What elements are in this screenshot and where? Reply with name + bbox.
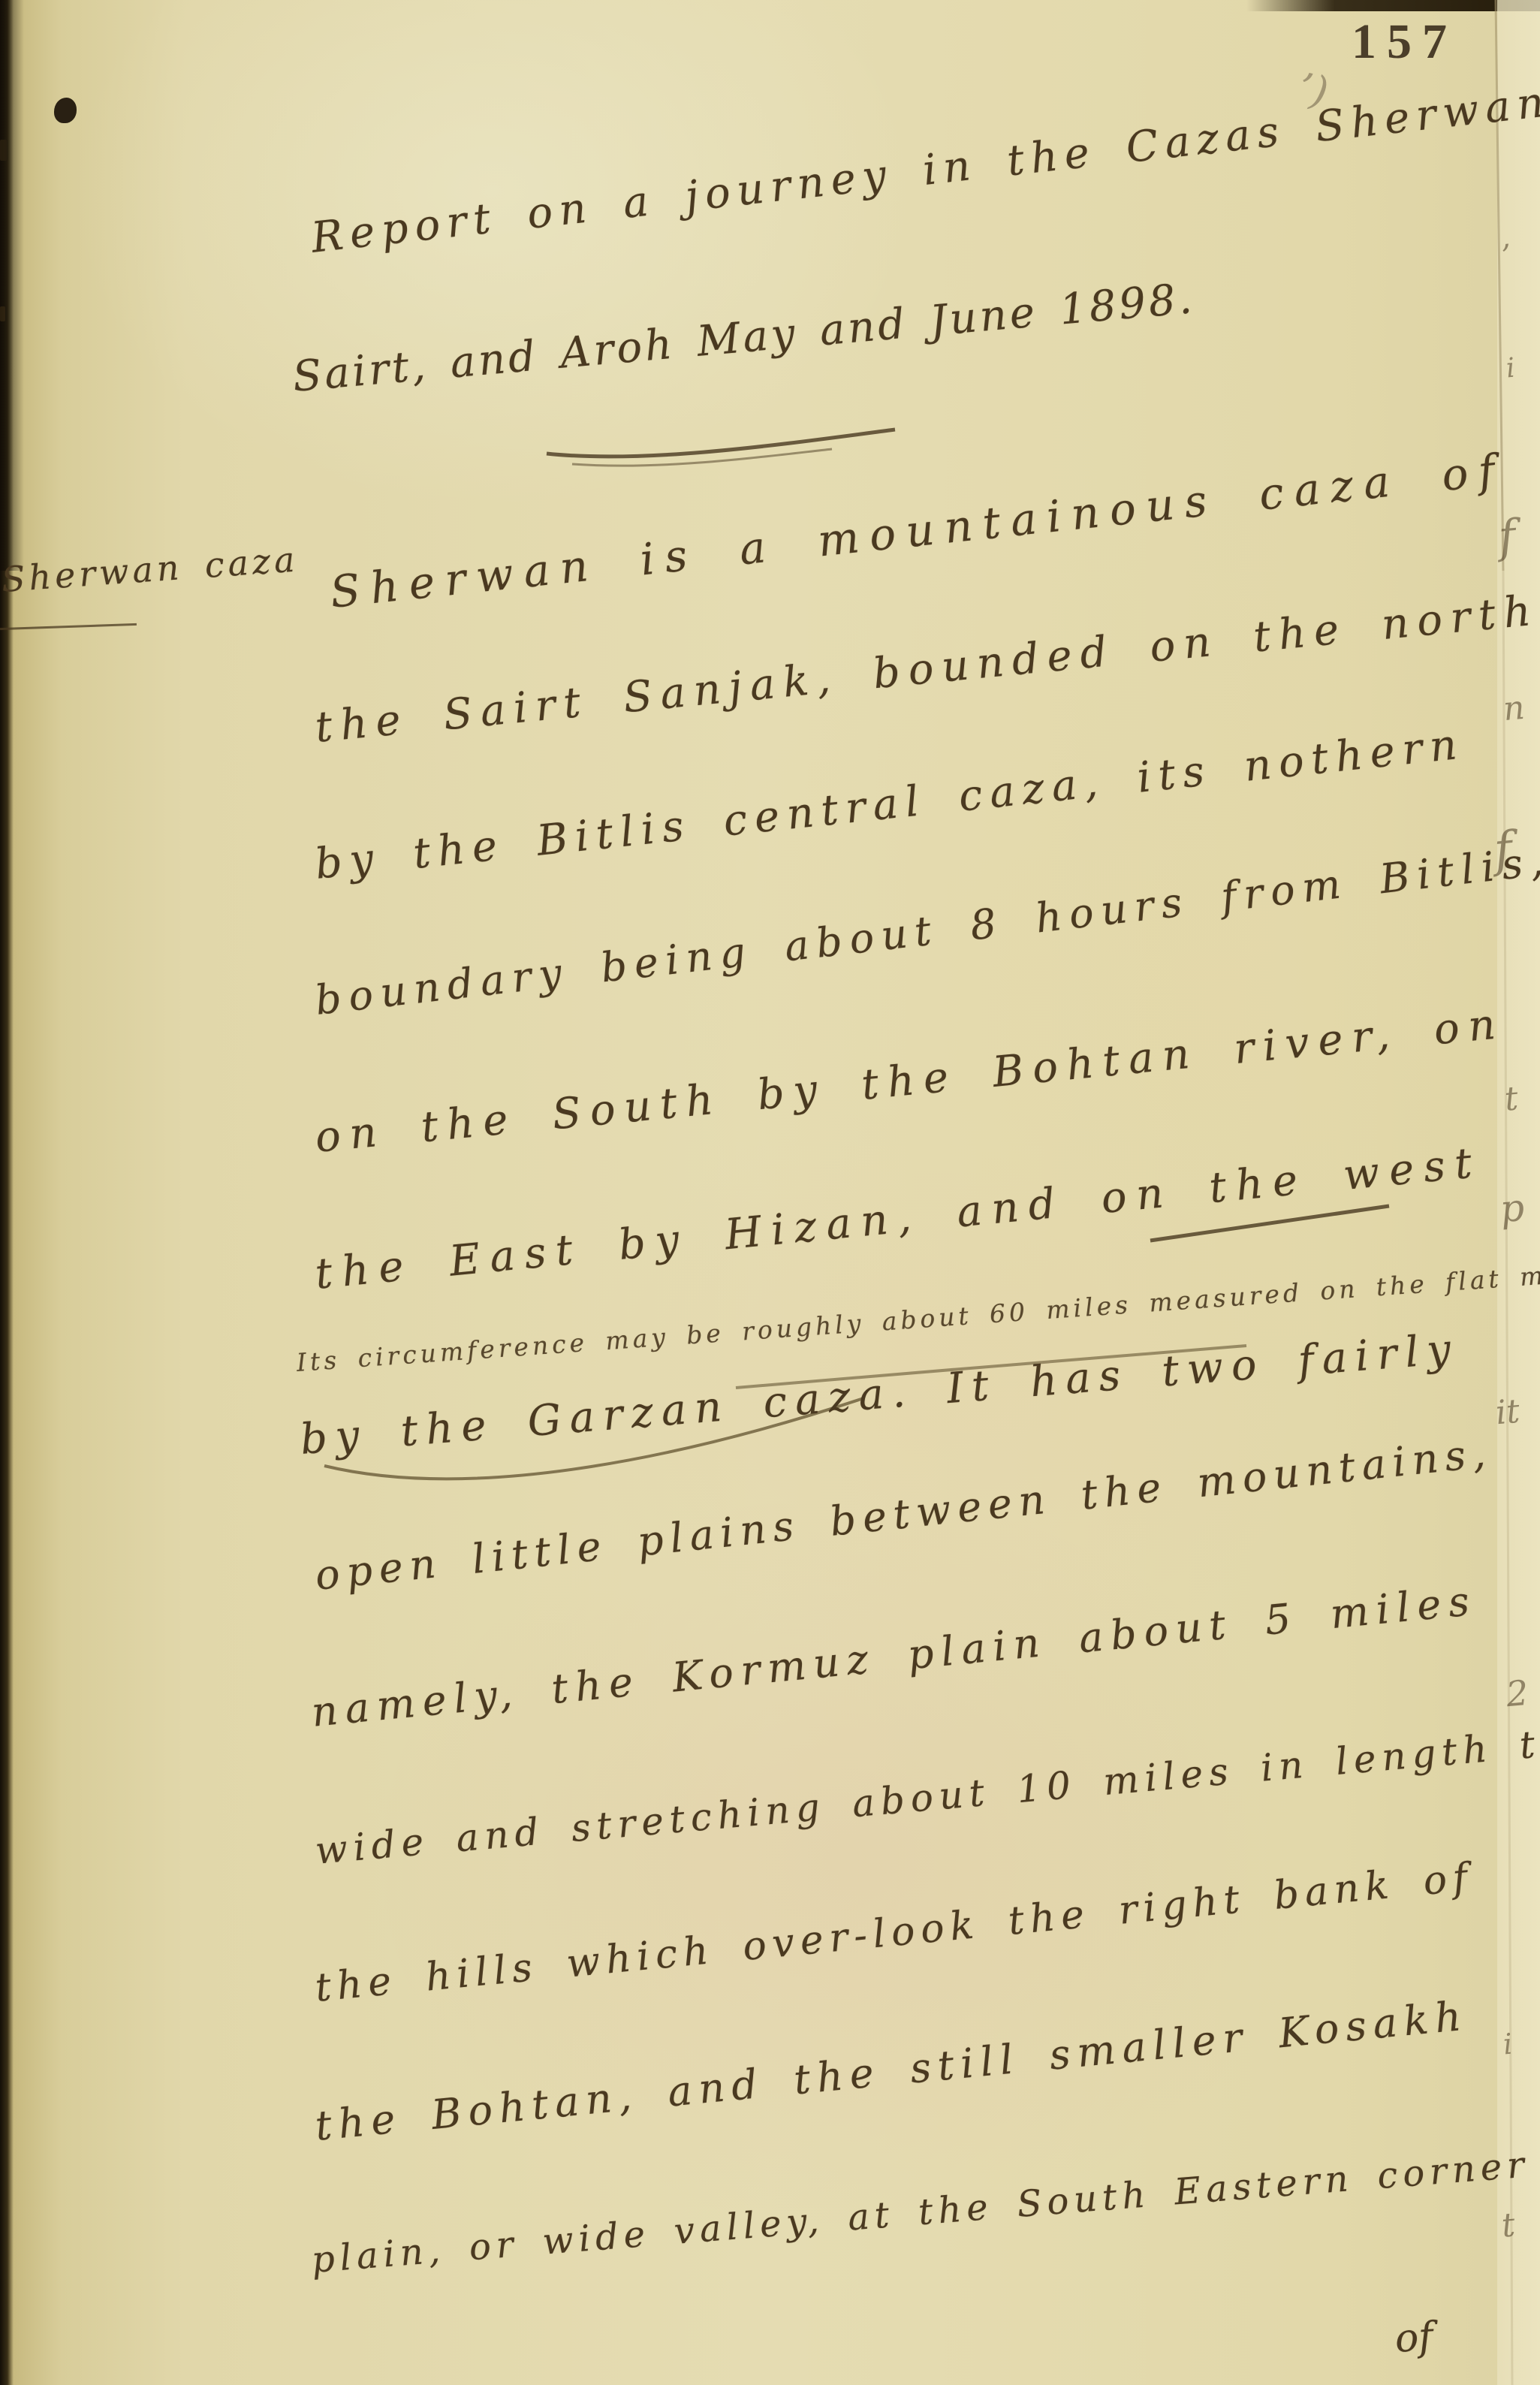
- catchword: of: [1394, 2314, 1435, 2362]
- edge-fragment: 2: [1505, 1672, 1530, 1714]
- page-number-stamp: 157: [1352, 14, 1457, 71]
- manuscript-page: { "page": { "number": "157", "pencil_mar…: [0, 0, 1540, 2385]
- edge-fragment: n: [1502, 689, 1526, 728]
- edge-fragment: it: [1494, 1392, 1521, 1433]
- edge-fragment: p: [1499, 1186, 1526, 1232]
